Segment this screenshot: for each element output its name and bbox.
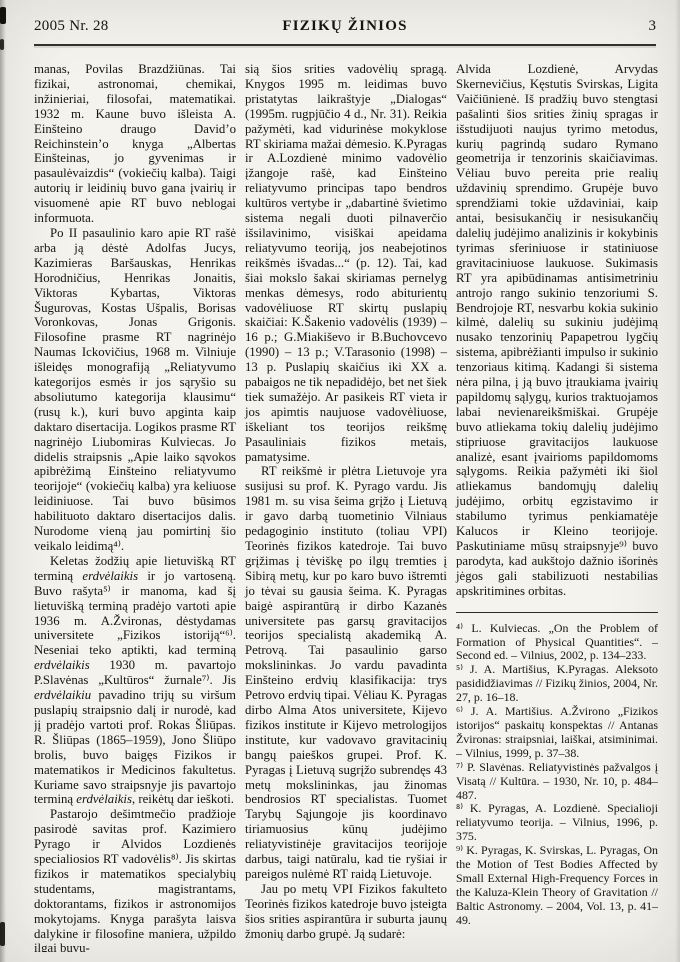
scan-smudge (0, 922, 5, 946)
footnote: ⁸⁾ K. Pyragas, A. Lozdienė. Specialioji … (456, 802, 658, 844)
page-number: 3 (408, 18, 656, 35)
footnotes-section: ⁴⁾ L. Kulviecas. „On the Problem of Form… (456, 622, 658, 928)
footnote: ⁵⁾ J. A. Martišius, K.Pyragas. Aleksoto … (456, 663, 658, 705)
journal-scanned-page: 2005 Nr. 28 FIZIKŲ ŽINIOS 3 manas, Povil… (0, 0, 680, 962)
issue-label: 2005 Nr. 28 (34, 18, 282, 35)
footnote: ⁶⁾ J. A. Martišius. A.Žvirono „Fizikos i… (456, 705, 658, 761)
text-segment: , reikėtų dar ieškoti. (132, 792, 234, 806)
footnote: ⁷⁾ P. Slavėnas. Reliatyvistinės pažvalgo… (456, 761, 658, 803)
term-erdvelaikis: erdvėlaikis (34, 658, 90, 672)
paragraph: Jau po metų VPI Fizikos fakulteto Teorin… (245, 882, 447, 942)
term-erdvelaikis: erdvėlaikis (82, 569, 138, 583)
footnote: ⁹⁾ K. Pyragas, K. Svirskas, L. Pyragas, … (456, 844, 658, 927)
paragraph: Keletas žodžių apie lietuvišką RT termin… (34, 554, 236, 807)
article-body: manas, Povilas Brazdžiūnas. Tai fizikai,… (34, 62, 658, 952)
scan-edge-artifact-right (675, 0, 680, 962)
column-3: Alvida Lozdienė, Arvydas Skernevičius, K… (456, 62, 658, 952)
paragraph: RT reikšmė ir plėtra Lietuvoje yra susij… (245, 464, 447, 881)
text-segment: pavadino trijų su viršum puslapių straip… (34, 688, 236, 806)
footnote: ⁴⁾ L. Kulviecas. „On the Problem of Form… (456, 622, 658, 664)
paragraph: Po II pasaulinio karo apie RT rašė arba … (34, 226, 236, 554)
scan-edge-artifact-left (0, 0, 6, 962)
paragraph: Alvida Lozdienė, Arvydas Skernevičius, K… (456, 62, 658, 599)
paragraph: sią šios srities vadovėlių spragą. Knygo… (245, 62, 447, 464)
term-erdvelaikis: erdvėlaikis (76, 792, 132, 806)
paragraph: manas, Povilas Brazdžiūnas. Tai fizikai,… (34, 62, 236, 226)
term-erdvelaikis: erdvėlaikiu (34, 688, 91, 702)
scan-smudge (0, 7, 6, 24)
column-1: manas, Povilas Brazdžiūnas. Tai fizikai,… (34, 62, 236, 952)
page-header: 2005 Nr. 28 FIZIKŲ ŽINIOS 3 (34, 18, 656, 46)
column-2: sią šios srities vadovėlių spragą. Knygo… (245, 62, 447, 952)
paragraph: Pastarojo dešimtmečio pradžioje pasirodė… (34, 807, 236, 952)
footnote-separator (456, 612, 658, 613)
journal-title: FIZIKŲ ŽINIOS (282, 18, 407, 35)
scan-smudge (0, 39, 4, 50)
